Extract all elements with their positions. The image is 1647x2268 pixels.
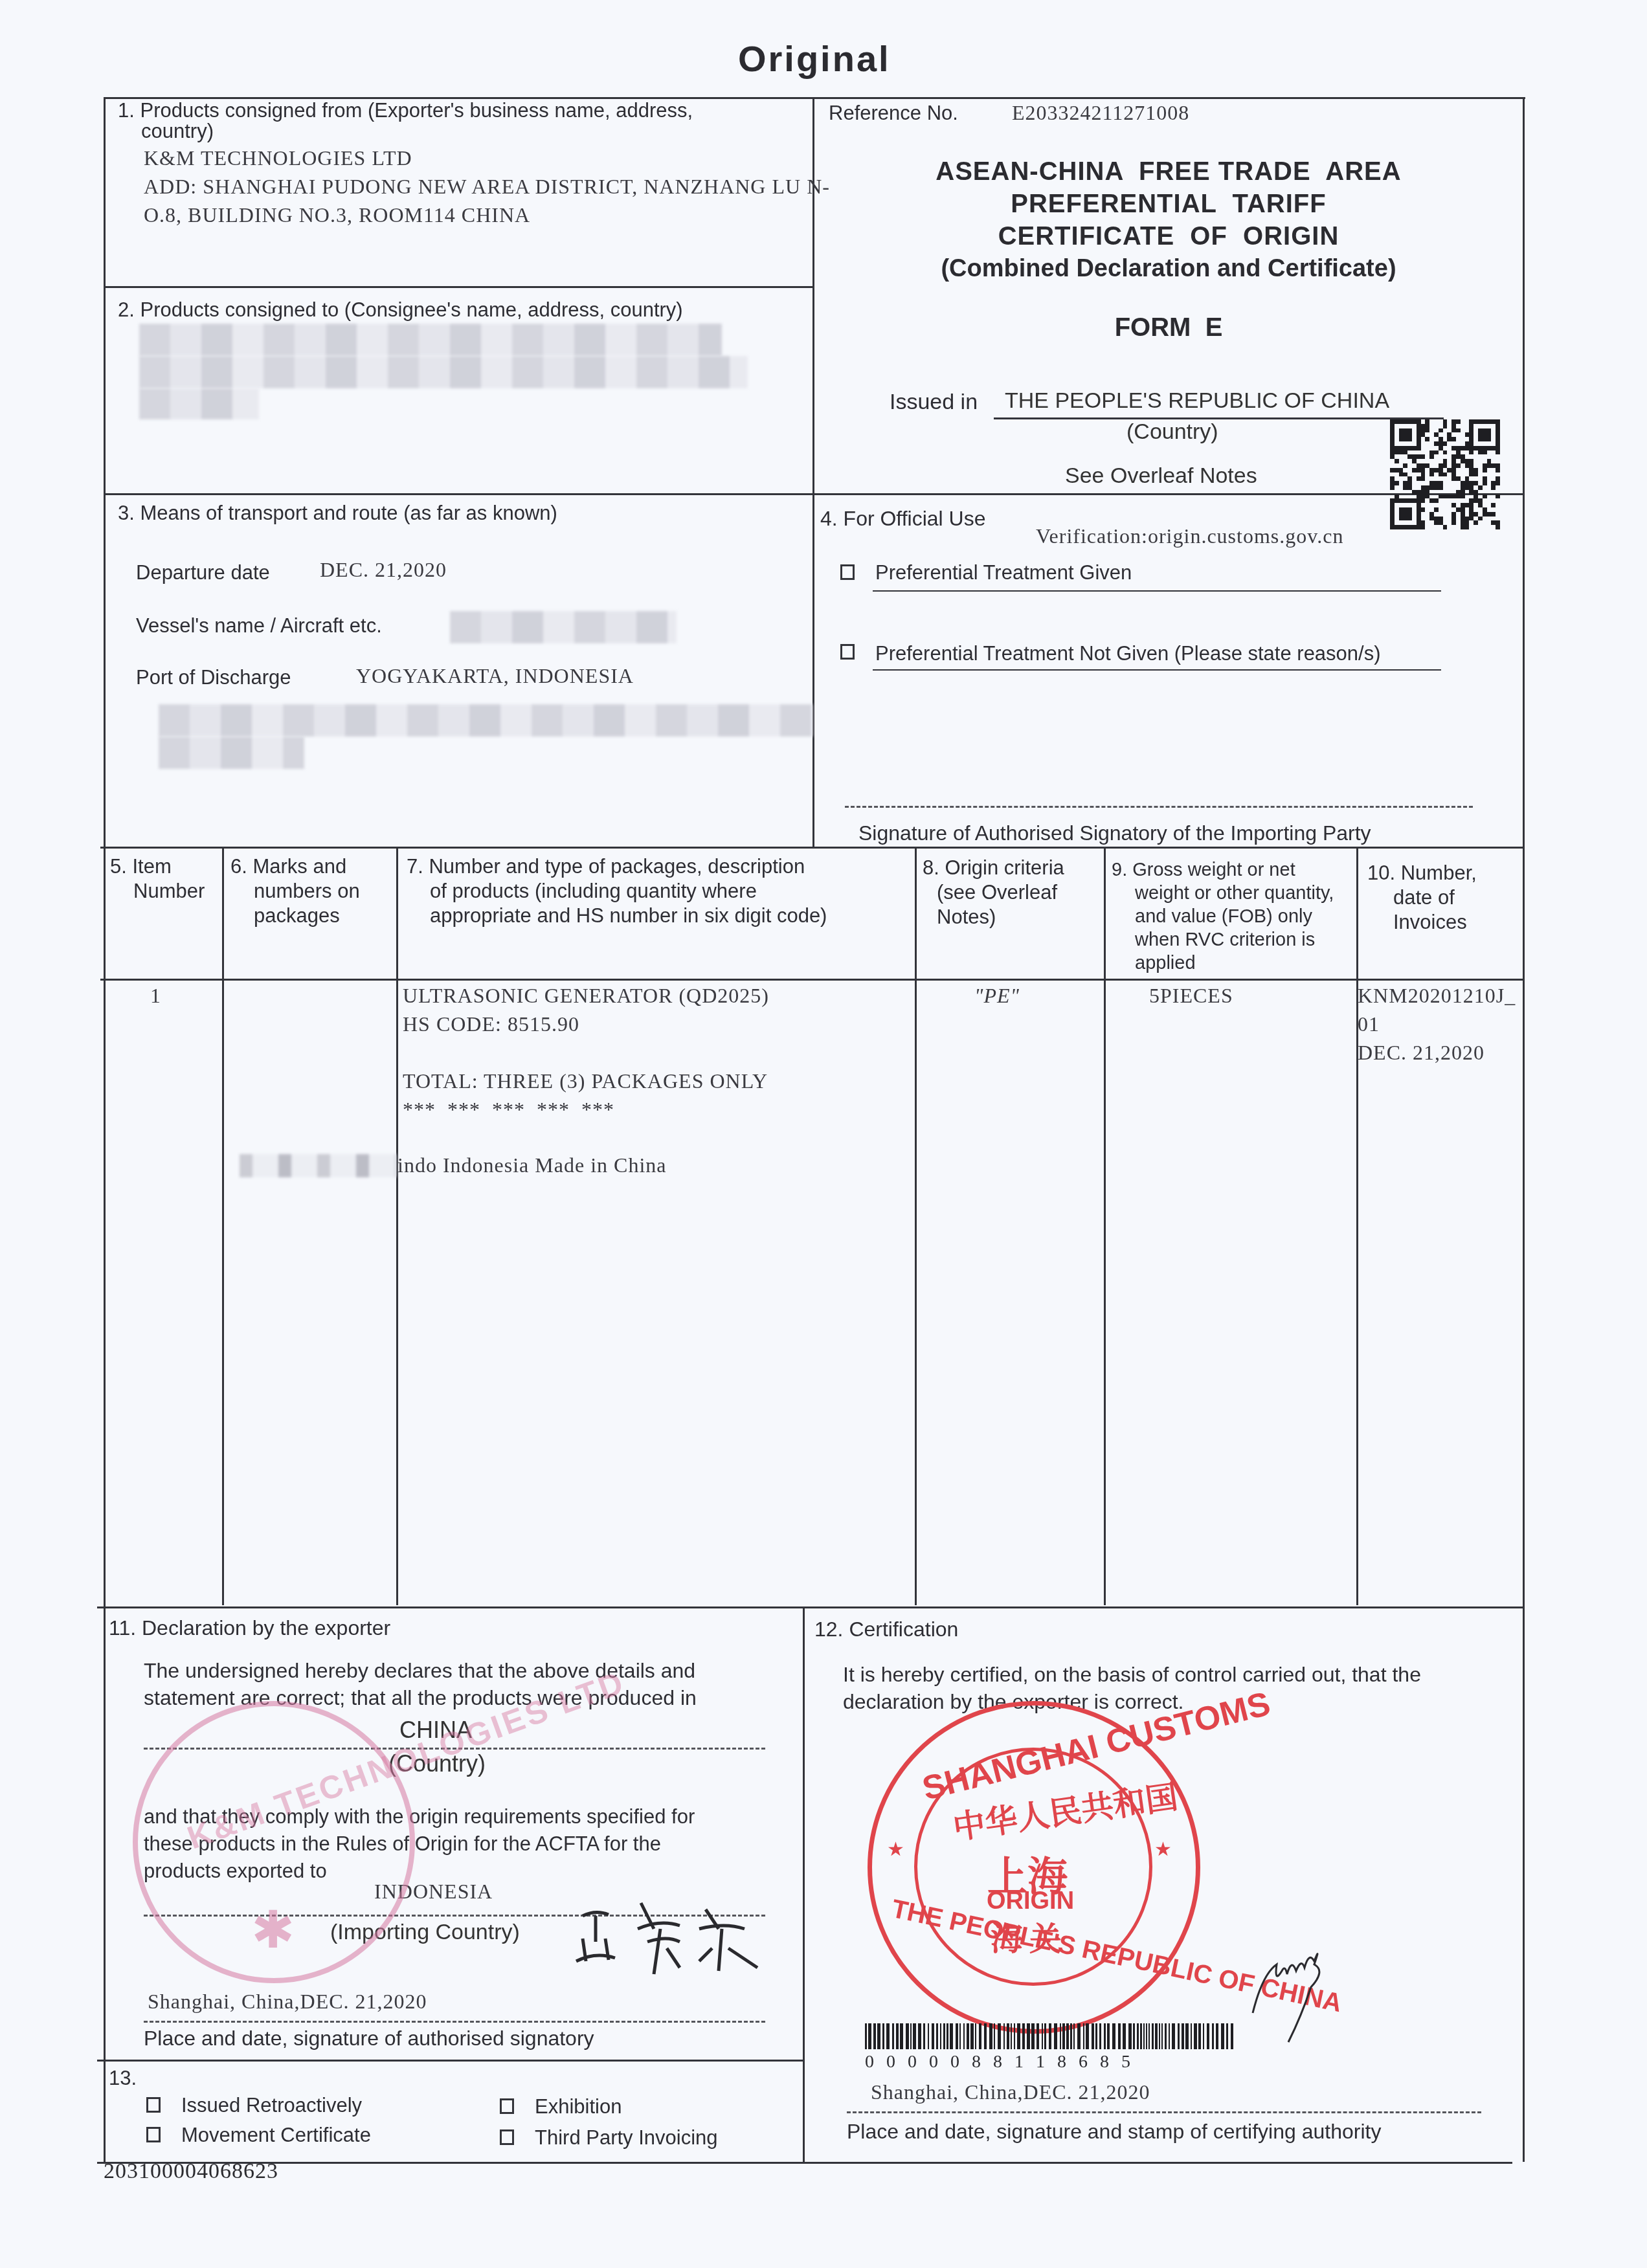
- importer-signature-caption: Signature of Authorised Signatory of the…: [858, 821, 1371, 845]
- product-description: ULTRASONIC GENERATOR (QD2025) HS CODE: 8…: [403, 981, 769, 1124]
- quantity: 5PIECES: [1149, 981, 1233, 1010]
- exporter-address-line2: O.8, BUILDING NO.3, ROOM114 CHINA: [144, 201, 530, 229]
- movement-certificate-label: Movement Certificate: [181, 2123, 371, 2148]
- issued-in-label: Issued in: [890, 390, 978, 414]
- box13-label: 13.: [109, 2066, 137, 2091]
- col5-header: 5. Item Number: [110, 854, 205, 904]
- col7-header: 7. Number and type of packages, descript…: [407, 854, 827, 928]
- importer-signature-line: [845, 806, 1473, 808]
- divider-box2-box3: [104, 493, 1523, 495]
- preferential-given-underline: [873, 590, 1441, 592]
- box12-label: 12. Certification: [814, 1617, 958, 1641]
- box3-label: 3. Means of transport and route (as far …: [118, 501, 557, 526]
- country-caption: (Country): [1126, 419, 1218, 445]
- box1-label: 1. Products consigned from (Exporter's b…: [118, 98, 804, 144]
- certifier-signature-line: [847, 2111, 1481, 2113]
- frame-bottom: [97, 2162, 1512, 2164]
- route-redacted-line1: [159, 704, 812, 737]
- exporter-address-line1: ADD: SHANGHAI PUDONG NEW AREA DISTRICT, …: [144, 172, 830, 201]
- col-divider-6-7: [396, 847, 398, 1605]
- box4-label: 4. For Official Use: [820, 506, 985, 531]
- departure-date-value: DEC. 21,2020: [320, 555, 447, 584]
- exporter-stamp-star-icon: ✱: [251, 1900, 295, 1960]
- col8-header: 8. Origin criteria (see Overleaf Notes): [923, 856, 1064, 929]
- preferential-not-given-underline: [873, 669, 1441, 671]
- divider-bottom-mid: [803, 1606, 805, 2162]
- origin-criteria: "PE": [974, 981, 1020, 1010]
- divider-table-header: [100, 979, 1523, 981]
- barcode-number: 0 0 0 0 0 8 8 1 1 8 6 8 5: [865, 2052, 1134, 2073]
- port-value: YOGYAKARTA, INDONESIA: [356, 661, 634, 690]
- customs-stamp-origin: ORIGIN: [987, 1887, 1074, 1915]
- port-label: Port of Discharge: [136, 665, 291, 690]
- col6-header: 6. Marks and numbers on packages: [230, 854, 360, 928]
- invoice-info: KNM20201210J_ 01 DEC. 21,2020: [1358, 981, 1516, 1067]
- divider-table-bottom: [97, 1606, 1523, 1608]
- checkbox-third-party-invoicing[interactable]: [500, 2129, 514, 2145]
- exporter-signature: [570, 1890, 777, 1981]
- col-divider-7-8: [915, 847, 917, 1605]
- overleaf-notes: See Overleaf Notes: [1065, 463, 1257, 489]
- col9-header: 9. Gross weight or net weight or other q…: [1112, 858, 1334, 975]
- certifier-place-date: Shanghai, China,DEC. 21,2020: [871, 2078, 1150, 2106]
- col-divider-5-6: [222, 847, 224, 1605]
- preferential-not-given-label: Preferential Treatment Not Given (Please…: [875, 641, 1381, 666]
- col-divider-8-9: [1104, 847, 1106, 1605]
- certificate-title: ASEAN-CHINA FREE TRADE AREA PREFERENTIAL…: [814, 155, 1523, 285]
- consignee-redacted-line1: [139, 324, 722, 356]
- consignee-redacted-line3: [139, 388, 259, 419]
- document-title: Original: [738, 38, 891, 80]
- route-redacted-line2: [159, 737, 304, 769]
- shipping-mark: indo Indonesia Made in China: [398, 1151, 666, 1179]
- checkbox-preferential-not-given[interactable]: [840, 644, 855, 660]
- divider-box11-box13: [97, 2060, 803, 2062]
- reference-number: E203324211271008: [1012, 98, 1189, 127]
- box11-label: 11. Declaration by the exporter: [109, 1616, 390, 1640]
- barcode: [865, 2023, 1239, 2049]
- consignee-redacted-line2: [139, 356, 748, 388]
- certificate-serial-number: 203100004068623: [104, 2159, 278, 2184]
- shipping-mark-redacted: [240, 1154, 396, 1177]
- certifier-signature: [1249, 1939, 1340, 2049]
- checkbox-movement-certificate[interactable]: [146, 2127, 161, 2142]
- exhibition-label: Exhibition: [535, 2095, 622, 2119]
- vessel-label: Vessel's name / Aircraft etc.: [136, 614, 382, 638]
- checkbox-issued-retroactively[interactable]: [146, 2097, 161, 2113]
- verification-url[interactable]: Verification:origin.customs.gov.cn: [1036, 524, 1343, 548]
- customs-stamp-star-left-icon: ★: [887, 1838, 904, 1861]
- issued-in-underline: [994, 417, 1444, 419]
- vessel-redacted: [450, 611, 677, 643]
- preferential-given-label: Preferential Treatment Given: [875, 561, 1132, 585]
- col10-header: 10. Number, date of Invoices: [1367, 861, 1477, 935]
- checkbox-exhibition[interactable]: [500, 2098, 514, 2114]
- customs-stamp-center-bottom: 海关: [991, 1913, 1068, 1960]
- departure-date-label: Departure date: [136, 561, 270, 585]
- item-number: 1: [150, 981, 161, 1010]
- exporter-name: K&M TECHNOLOGIES LTD: [144, 144, 412, 172]
- box2-label: 2. Products consigned to (Consignee's na…: [118, 298, 683, 322]
- frame-right: [1523, 97, 1525, 2162]
- form-name: FORM E: [814, 313, 1523, 342]
- qr-code[interactable]: [1390, 419, 1500, 529]
- exporter-signatory-caption: Place and date, signature of authorised …: [144, 2026, 594, 2051]
- certifier-caption: Place and date, signature and stamp of c…: [847, 2119, 1381, 2144]
- certification-text: It is hereby certified, on the basis of …: [843, 1661, 1421, 1715]
- issued-retroactively-label: Issued Retroactively: [181, 2093, 362, 2118]
- reference-label: Reference No.: [829, 101, 958, 126]
- issued-in-country: THE PEOPLE'S REPUBLIC OF CHINA: [1005, 388, 1389, 414]
- exporter-signatory-line: [144, 2021, 765, 2023]
- frame-left: [104, 97, 106, 2162]
- divider-box1-box2: [104, 286, 812, 288]
- col-divider-9-10: [1356, 847, 1358, 1605]
- checkbox-preferential-given[interactable]: [840, 564, 855, 580]
- divider-table-top: [100, 847, 1523, 849]
- exporter-place-date: Shanghai, China,DEC. 21,2020: [148, 1987, 427, 2016]
- customs-stamp-star-right-icon: ★: [1154, 1838, 1172, 1861]
- third-party-invoicing-label: Third Party Invoicing: [535, 2126, 718, 2150]
